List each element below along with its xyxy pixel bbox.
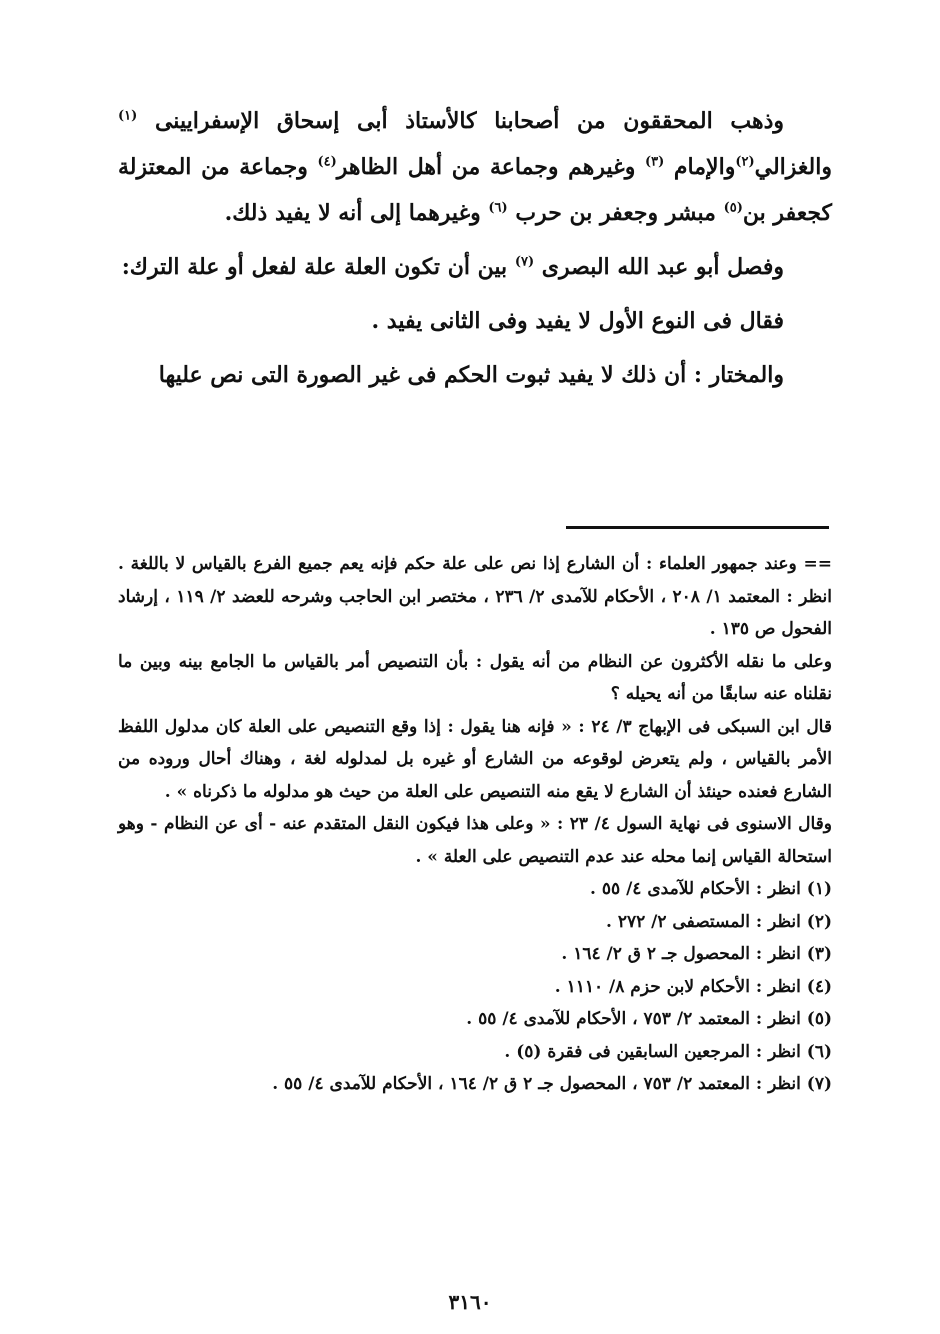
paragraph-1: وذهب المحققون من أصحابنا كالأستاذ أبى إس… (118, 98, 832, 236)
text-span: والغزالي (755, 154, 832, 180)
text-span: والإمام (674, 154, 735, 180)
text-span: وغيرهما إلى أنه لا يفيد ذلك. (225, 200, 481, 226)
footnote-1: (١) انظر : الأحكام للآمدى ٤/ ٥٥ . (118, 873, 832, 906)
text-span: وغيرهم وجماعة من أهل الظاهر (337, 154, 636, 180)
footnote-continuation-3: قال ابن السبكى فى الإبهاج ٣/ ٢٤ : « فإنه… (118, 711, 832, 809)
text-span: وذهب المحققون من أصحابنا كالأستاذ أبى إس… (155, 108, 784, 134)
footnote-2: (٢) انظر : المستصفى ٢/ ٢٧٢ . (118, 906, 832, 939)
text-span: بين أن تكون العلة علة لفعل أو علة الترك: (122, 254, 507, 280)
footnote-continuation-1: == وعند جمهور العلماء : أن الشارع إذا نص… (118, 548, 832, 646)
main-text: وذهب المحققون من أصحابنا كالأستاذ أبى إس… (118, 98, 832, 406)
footnote-ref-6[interactable]: (٦) (488, 201, 507, 216)
footnote-5: (٥) انظر : المعتمد ٢/ ٧٥٣ ، الأحكام للآم… (118, 1003, 832, 1036)
paragraph-3: فقال فى النوع الأول لا يفيد وفى الثانى ي… (118, 298, 832, 344)
footnote-4: (٤) انظر : الأحكام لابن حزم ٨/ ١١١٠ . (118, 971, 832, 1004)
footnote-ref-7[interactable]: (٧) (515, 255, 534, 270)
book-page: وذهب المحققون من أصحابنا كالأستاذ أبى إس… (0, 0, 940, 1334)
footnote-ref-2[interactable]: (٢) (735, 155, 754, 170)
paragraph-4: والمختار : أن ذلك لا يفيد ثبوت الحكم فى … (118, 352, 832, 398)
text-span: مبشر وجعفر بن حرب (515, 200, 716, 226)
paragraph-2: وفصل أبو عبد الله البصرى (٧) بين أن تكون… (118, 244, 832, 290)
footnote-list: (١) انظر : الأحكام للآمدى ٤/ ٥٥ . (٢) ان… (118, 873, 832, 1101)
footnote-ref-1[interactable]: (١) (118, 109, 137, 124)
footnote-continuation-4: وقال الاسنوى فى نهاية السول ٤/ ٢٣ : « وع… (118, 808, 832, 873)
footnote-ref-5[interactable]: (٥) (724, 201, 743, 216)
text-span: وفصل أبو عبد الله البصرى (542, 254, 784, 280)
footnote-3: (٣) انظر : المحصول جـ ٢ ق ٢/ ١٦٤ . (118, 938, 832, 971)
footnote-7: (٧) انظر : المعتمد ٢/ ٧٥٣ ، المحصول جـ ٢… (118, 1068, 832, 1101)
footnote-ref-4[interactable]: (٤) (317, 155, 336, 170)
page-number: ٣١٦٠ (0, 1290, 940, 1314)
footnotes: == وعند جمهور العلماء : أن الشارع إذا نص… (118, 548, 832, 1101)
footnote-ref-3[interactable]: (٣) (645, 155, 664, 170)
footnote-separator (566, 526, 829, 529)
footnote-6: (٦) انظر : المرجعين السابقين فى فقرة (٥)… (118, 1036, 832, 1069)
footnote-continuation-2: وعلى ما نقله الأكثرون عن النظام من أنه ي… (118, 646, 832, 711)
